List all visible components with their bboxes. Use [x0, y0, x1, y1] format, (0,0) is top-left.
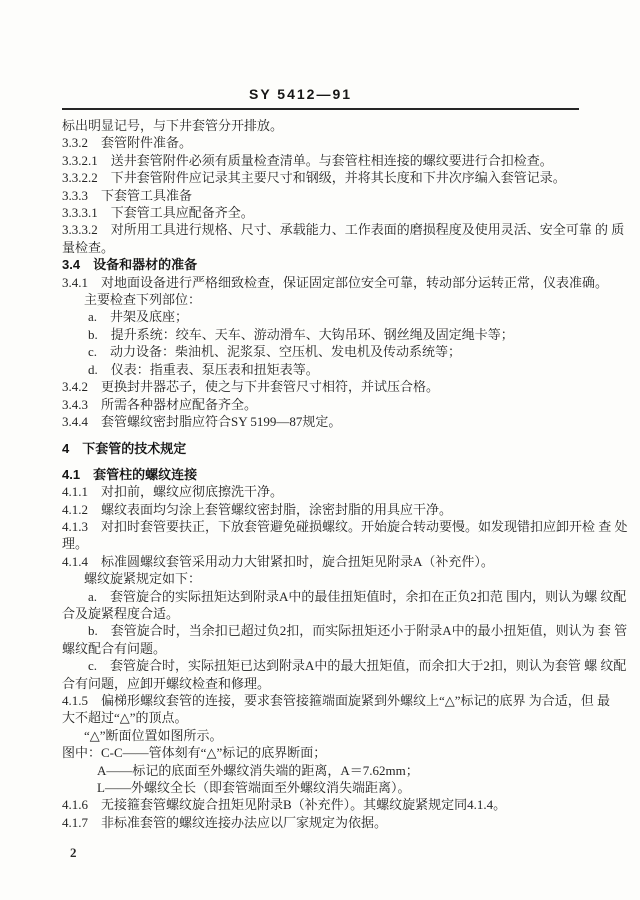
- header-rule: [62, 108, 579, 110]
- document-body: 标出明显记号，与下井套管分开排放。3.3.2 套管附件准备。3.3.2.1 送井…: [62, 117, 579, 831]
- text-line: b. 套管旋合时，当余扣已超过负2扣，而实际扭矩还小于附录A中的最小扭矩值，则认…: [62, 622, 579, 639]
- text-line: 合及旋紧程度合适。: [62, 605, 579, 622]
- text-line: 3.3.2 套管附件准备。: [62, 134, 579, 151]
- text-line: 3.3.3 下套管工具准备: [62, 187, 579, 204]
- text-line: 4.1.1 对扣前，螺纹应彻底擦洗干净。: [62, 483, 579, 500]
- text-line: a. 井架及底座；: [62, 308, 579, 325]
- text-line: 3.4.4 套管螺纹密封脂应符合SY 5199—87规定。: [62, 413, 579, 430]
- text-line: 3.3.2.2 下井套管附件应记录其主要尺寸和钢级，并将其长度和下井次序编入套管…: [62, 169, 579, 186]
- text-line: 主要检查下列部位：: [62, 291, 579, 308]
- text-line: 大不超过“△”的顶点。: [62, 709, 579, 726]
- text-line: d. 仪表：指重表、泵压表和扭矩表等。: [62, 361, 579, 378]
- text-line: 4.1.2 螺纹表面均匀涂上套管螺纹密封脂，涂密封脂的用具应干净。: [62, 501, 579, 518]
- text-line: “△”断面位置如图所示。: [62, 727, 579, 744]
- text-line: 4 下套管的技术规定: [62, 440, 579, 457]
- text-line: 3.4.1 对地面设备进行严格细致检查，保证固定部位安全可靠，转动部分运转正常，…: [62, 274, 579, 291]
- text-line: 量检查。: [62, 239, 579, 256]
- text-line: 螺纹旋紧规定如下：: [62, 570, 579, 587]
- text-line: 4.1.4 标准圆螺纹套管采用动力大钳紧扣时，旋合扭矩见附录A（补充件）。: [62, 553, 579, 570]
- text-line: 3.4 设备和器材的准备: [62, 256, 579, 273]
- text-line: 螺纹配合有问题。: [62, 640, 579, 657]
- text-line: 4.1.7 非标准套管的螺纹连接办法应以厂家规定为依据。: [62, 814, 579, 831]
- text-line: c. 套管旋合时，实际扭矩已达到附录A中的最大扭矩值，而余扣大于2扣，则认为套管…: [62, 657, 579, 674]
- text-line: 3.3.3.2 对所用工具进行规格、尺寸、承载能力、工作表面的磨损程度及使用灵活…: [62, 221, 579, 238]
- text-line: 图中：C-C——管体刻有“△”标记的底界断面；: [62, 744, 579, 761]
- text-line: 4.1.3 对扣时套管要扶正，下放套管避免碰损螺纹。开始旋合转动要慢。如发现错扣…: [62, 518, 579, 535]
- text-line: 4.1 套管柱的螺纹连接: [62, 466, 579, 483]
- text-line: 3.3.2.1 送井套管附件必须有质量检查清单。与套管柱相连接的螺纹要进行合扣检…: [62, 152, 579, 169]
- text-line: 理。: [62, 535, 579, 552]
- text-line: 4.1.5 偏梯形螺纹套管的连接，要求套管接箍端面旋紧到外螺纹上“△”标记的底界…: [62, 692, 579, 709]
- text-line: 3.4.3 所需各种器材应配备齐全。: [62, 396, 579, 413]
- text-line: 标出明显记号，与下井套管分开排放。: [62, 117, 579, 134]
- page-number: 2: [62, 844, 579, 861]
- page-content: SY 5412—91 标出明显记号，与下井套管分开排放。3.3.2 套管附件准备…: [62, 86, 579, 862]
- text-line: 3.3.3.1 下套管工具应配备齐全。: [62, 204, 579, 221]
- scanned-document-page: SY 5412—91 标出明显记号，与下井套管分开排放。3.3.2 套管附件准备…: [0, 0, 640, 900]
- standard-code-header: SY 5412—91: [42, 86, 559, 103]
- text-line: 4.1.6 无接箍套管螺纹旋合扭矩见附录B（补充件）。其螺纹旋紧规定同4.1.4…: [62, 796, 579, 813]
- text-line: a. 套管旋合的实际扭矩达到附录A中的最佳扭矩值时，余扣在正负2扣范 围内，则认…: [62, 588, 579, 605]
- text-line: 合有问题，应卸开螺纹检查和修理。: [62, 675, 579, 692]
- text-line: L——外螺纹全长（即套管端面至外螺纹消失端距离）。: [62, 779, 579, 796]
- text-line: 3.4.2 更换封井器芯子，使之与下井套管尺寸相符，并试压合格。: [62, 378, 579, 395]
- text-line: A——标记的底面至外螺纹消失端的距离，A＝7.62mm；: [62, 762, 579, 779]
- text-line: b. 提升系统：绞车、天车、游动滑车、大钩吊环、钢丝绳及固定绳卡等；: [62, 326, 579, 343]
- text-line: c. 动力设备：柴油机、泥浆泵、空压机、发电机及传动系统等；: [62, 343, 579, 360]
